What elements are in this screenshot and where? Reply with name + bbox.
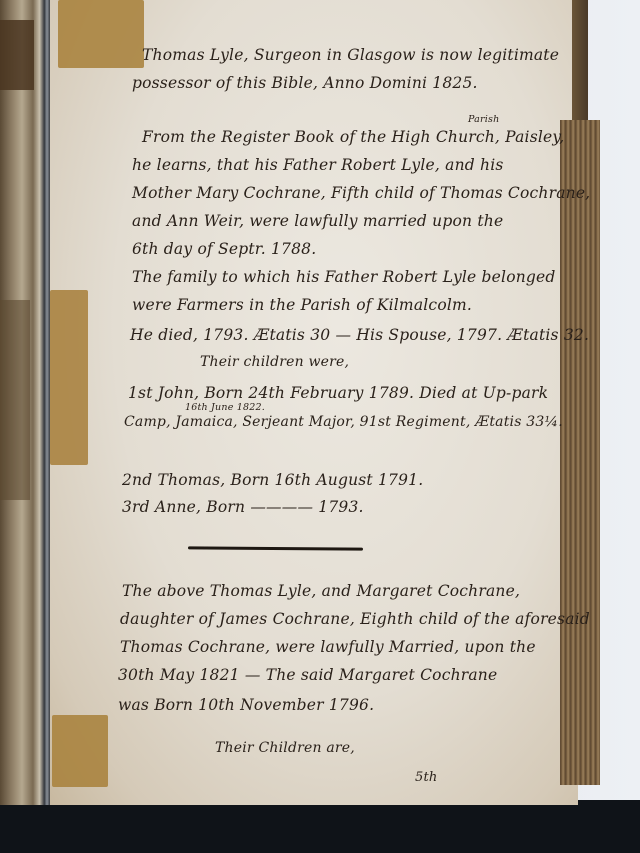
register-line-5: 6th day of Septr. 1788. [132, 240, 316, 258]
marriage-line-5: was Born 10th November 1796. [118, 696, 374, 714]
catchword: 5th [415, 770, 437, 785]
ownership-line-2: possessor of this Bible, Anno Domini 182… [132, 74, 478, 92]
interlinear-insertion: 16th June 1822. [185, 402, 265, 413]
ownership-line-1: Thomas Lyle, Surgeon in Glasgow is now l… [142, 46, 559, 64]
marriage-line-3: Thomas Cochrane, were lawfully Married, … [120, 638, 536, 656]
marriage-line-4: 30th May 1821 — The said Margaret Cochra… [118, 666, 497, 684]
child-3-line: 3rd Anne, Born ———— 1793. [122, 498, 364, 516]
register-line-3: Mother Mary Cochrane, Fifth child of Tho… [132, 184, 590, 202]
register-line-2: he learns, that his Father Robert Lyle, … [132, 156, 504, 174]
family-line-3: He died, 1793. Ætatis 30 — His Spouse, 1… [130, 326, 589, 344]
marriage-line-1: The above Thomas Lyle, and Margaret Coch… [122, 582, 520, 600]
child-1-line-2: Camp, Jamaica, Serjeant Major, 91st Regi… [124, 414, 563, 430]
child-1-line-1: 1st John, Born 24th February 1789. Died … [128, 384, 548, 402]
child-2-line: 2nd Thomas, Born 16th August 1791. [122, 471, 423, 489]
family-line-2: were Farmers in the Parish of Kilmalcolm… [132, 296, 472, 314]
marriage-line-6: Their Children are, [215, 740, 355, 756]
register-line-1: From the Register Book of the High Churc… [142, 128, 564, 146]
section-divider-rule [188, 546, 363, 550]
register-line-4: and Ann Weir, were lawfully married upon… [132, 212, 503, 230]
marriage-line-2: daughter of James Cochrane, Eighth child… [120, 610, 590, 628]
handwritten-text: Thomas Lyle, Surgeon in Glasgow is now l… [0, 0, 640, 853]
family-line-4: Their children were, [200, 354, 349, 370]
interlinear-insertion: Parish [468, 114, 499, 125]
family-line-1: The family to which his Father Robert Ly… [132, 268, 556, 286]
